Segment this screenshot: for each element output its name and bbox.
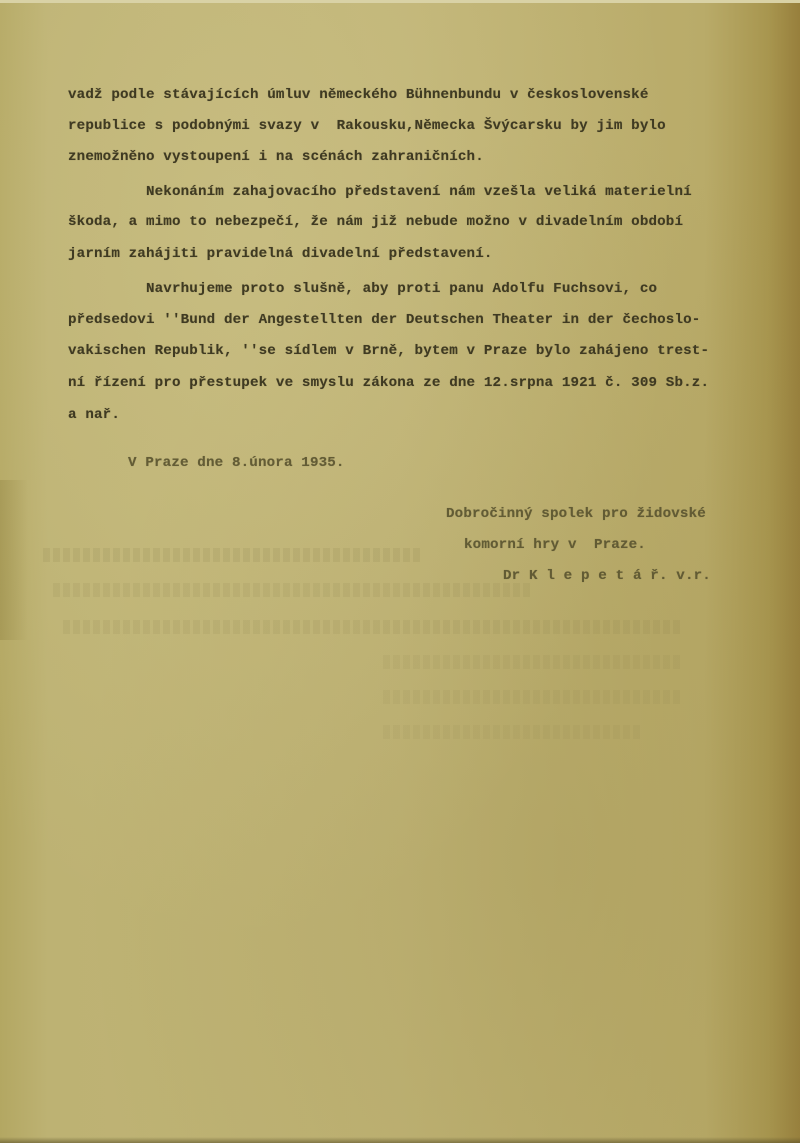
bleed-through-text: [60, 620, 680, 634]
body-line: Nekonáním zahajovacího představení nám v…: [68, 184, 692, 200]
bleed-through-text: [380, 655, 680, 669]
body-line: předsedovi ''Bund der Angestellten der D…: [68, 312, 700, 328]
bleed-through-text: [50, 583, 530, 597]
document-page: vadž podle stávajících úmluv německého B…: [0, 0, 800, 1143]
bleed-through-text: [40, 548, 420, 562]
body-line: republice s podobnými svazy v Rakousku,N…: [68, 118, 666, 134]
signature-organization-line-1: Dobročinný spolek pro židovské: [446, 506, 706, 522]
body-line: znemožněno vystoupení i na scénách zahra…: [68, 149, 484, 165]
signature-signer: Dr K l e p e t á ř. v.r.: [503, 568, 711, 584]
signature-organization-line-2: komorní hry v Praze.: [464, 537, 646, 553]
bleed-through-text: [380, 725, 640, 739]
bleed-through-text: [30, 512, 467, 528]
body-line: a nař.: [68, 407, 120, 423]
date-line: V Praze dne 8.února 1935.: [128, 455, 345, 471]
body-line: vakischen Republik, ''se sídlem v Brně, …: [68, 343, 709, 359]
body-line: ní řízení pro přestupek ve smyslu zákona…: [68, 375, 709, 391]
body-line: vadž podle stávajících úmluv německého B…: [68, 87, 648, 103]
body-line: Navrhujeme proto slušně, aby proti panu …: [68, 281, 657, 297]
body-line: škoda, a mimo to nebezpečí, že nám již n…: [68, 214, 683, 230]
body-line: jarním zahájiti pravidelná divadelní pře…: [68, 246, 493, 262]
bleed-through-text: [380, 690, 680, 704]
paper-stain: [0, 480, 28, 640]
